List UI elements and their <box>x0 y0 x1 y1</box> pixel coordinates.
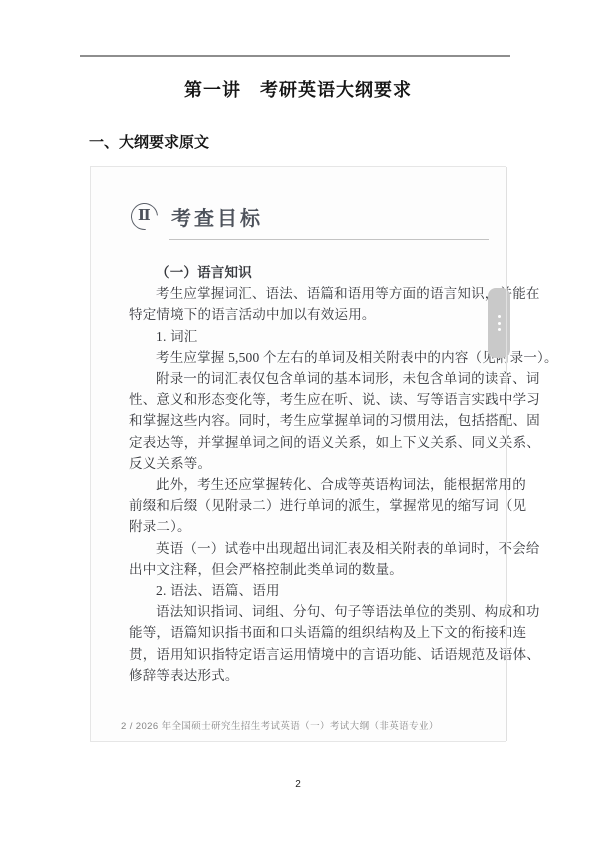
scan-body-line: 反义关系等。 <box>129 453 471 474</box>
scan-body-line: 此外，考生还应掌握转化、合成等英语构词法，能根据常用的 <box>129 474 471 495</box>
section-heading: 一、大纲要求原文 <box>89 131 209 152</box>
handle-dot-icon <box>498 322 501 325</box>
scan-section-header: Ⅱ 考查目标 <box>131 202 263 231</box>
scan-body-line: 附录二）。 <box>129 516 471 537</box>
scan-body-line: 和掌握这些内容。同时，考生应掌握单词的习惯用法，包括搭配、固 <box>129 410 471 431</box>
handle-dot-icon <box>498 315 501 318</box>
scan-body-line: 出中文注释，但会严格控制此类单词的数量。 <box>129 559 471 580</box>
scan-body-line: 考生应掌握 5,500 个左右的单词及相关附表中的内容（见附录一）。 <box>129 347 471 368</box>
scan-body-line: 特定情境下的语言活动中加以有效运用。 <box>129 304 471 325</box>
scan-body-line: 性、意义和形态变化等，考生应在听、说、读、写等语言实践中学习 <box>129 389 471 410</box>
scanned-syllabus-page: Ⅱ 考查目标 （一）语言知识考生应掌握词汇、语法、语篇和语用等方面的语言知识，并… <box>90 166 506 742</box>
page-number: 2 <box>0 779 596 790</box>
roman-numeral-badge-icon: Ⅱ <box>125 197 163 235</box>
scan-body-line: 定表达等，并掌握单词之间的语义关系，如上下义关系、同义关系、 <box>129 432 471 453</box>
scan-right-border <box>506 167 507 741</box>
scan-body-line: 2. 语法、语篇、语用 <box>129 580 471 601</box>
document-page: 第一讲 考研英语大纲要求 一、大纲要求原文 Ⅱ 考查目标 （一）语言知识考生应掌… <box>0 0 596 842</box>
scan-header-divider <box>169 239 489 240</box>
scan-page-footer: 2 / 2026 年全国硕士研究生招生考试英语（一）考试大纲（非英语专业） <box>121 718 439 732</box>
scan-body-line: 前缀和后缀（见附录二）进行单词的派生，掌握常见的缩写词（见 <box>129 495 471 516</box>
scan-body-line: 1. 词汇 <box>129 326 471 347</box>
scan-body-line: 修辞等表达形式。 <box>129 665 471 686</box>
scan-body-line: 语法知识指词、词组、分句、句子等语法单位的类别、构成和功 <box>129 601 471 622</box>
chapter-title: 第一讲 考研英语大纲要求 <box>0 76 596 102</box>
scan-body-line: 附录一的词汇表仅包含单词的基本词形，未包含单词的读音、词 <box>129 368 471 389</box>
scan-section-title: 考查目标 <box>171 202 263 231</box>
scan-body-line: 能等，语篇知识指书面和口头语篇的组织结构及上下文的衔接和连 <box>129 622 471 643</box>
scan-body-text: （一）语言知识考生应掌握词汇、语法、语篇和语用等方面的语言知识，并能在特定情境下… <box>129 262 471 686</box>
badge-numeral: Ⅱ <box>138 209 151 224</box>
scan-body-line: 英语（一）试卷中出现超出词汇表及相关附表的单词时，不会给 <box>129 538 471 559</box>
header-divider <box>80 55 510 57</box>
scan-body-line: 贯，语用知识指特定语言运用情境中的言语功能、话语规范及语体、 <box>129 644 471 665</box>
handle-dot-icon <box>498 328 501 331</box>
scan-body-line: 考生应掌握词汇、语法、语篇和语用等方面的语言知识，并能在 <box>129 283 471 304</box>
scan-body-line: （一）语言知识 <box>129 262 471 283</box>
